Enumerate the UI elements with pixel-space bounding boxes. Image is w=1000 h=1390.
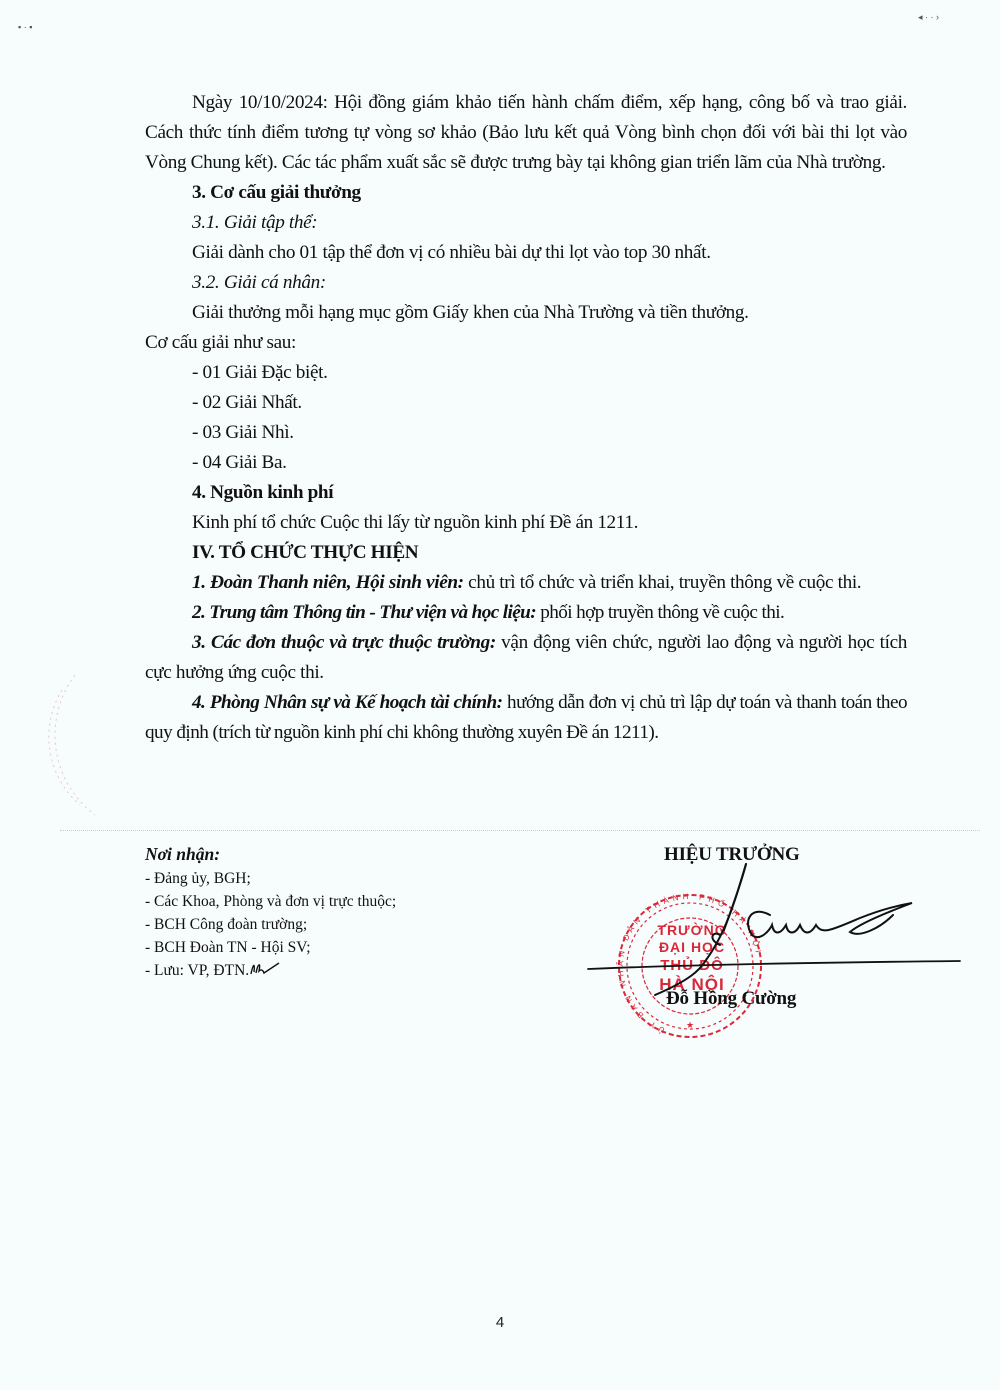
signer-name: Đỗ Hồng Cường <box>666 988 796 1010</box>
svg-text:THỦ ĐÔ: THỦ ĐÔ <box>660 956 724 974</box>
official-stamp-icon: ỦY BAN NHÂN DÂN THÀNH PHỐ HÀ NỘI TRƯỜNG … <box>616 892 763 1037</box>
subsection-3-1-heading: 3.1. Giải tập thể: <box>145 208 907 238</box>
scan-divider <box>60 830 980 831</box>
responsibility-item: 3. Các đơn thuộc và trực thuộc trường: v… <box>145 628 907 688</box>
responsibility-unit: 3. Các đơn thuộc và trực thuộc trường: <box>192 632 496 653</box>
svg-text:TRƯỜNG: TRƯỜNG <box>657 921 726 938</box>
section-4-text: Kinh phí tổ chức Cuộc thi lấy từ nguồn k… <box>145 508 907 538</box>
responsibility-item: 4. Phòng Nhân sự và Kế hoạch tài chính: … <box>145 688 907 748</box>
responsibility-task: phối hợp truyền thông về cuộc thi. <box>536 602 784 623</box>
faint-stamp-icon <box>49 675 95 815</box>
recipients-block: Nơi nhận: - Đảng ủy, BGH; - Các Khoa, Ph… <box>145 843 475 982</box>
initials-mark-icon <box>249 960 283 978</box>
responsibility-unit: 2. Trung tâm Thông tin - Thư viện và học… <box>192 602 536 623</box>
handwritten-signature-icon <box>588 864 960 995</box>
svg-text:★: ★ <box>686 1020 694 1030</box>
paragraph-ceremony: Ngày 10/10/2024: Hội đồng giám khảo tiến… <box>145 88 907 178</box>
prize-item: - 04 Giải Ba. <box>145 448 907 478</box>
prize-item: - 03 Giải Nhì. <box>145 418 907 448</box>
recipient-item: - Lưu: VP, ĐTN. <box>145 959 475 982</box>
responsibility-unit: 1. Đoàn Thanh niên, Hội sinh viên: <box>192 572 464 593</box>
responsibility-task: chủ trì tổ chức và triển khai, truyền th… <box>464 572 862 593</box>
responsibility-item: 2. Trung tâm Thông tin - Thư viện và học… <box>145 598 907 628</box>
part-4-heading: IV. TỔ CHỨC THỰC HIỆN <box>145 538 907 568</box>
prize-item: - 01 Giải Đặc biệt. <box>145 358 907 388</box>
scan-artifact: ▪ · ▪ <box>18 22 32 32</box>
subsection-3-2-text: Giải thưởng mỗi hạng mục gồm Giấy khen c… <box>145 298 907 328</box>
recipient-item: - BCH Công đoàn trường; <box>145 913 475 936</box>
recipient-item: - BCH Đoàn TN - Hội SV; <box>145 936 475 959</box>
recipients-title: Nơi nhận: <box>145 843 475 866</box>
section-4-heading: 4. Nguồn kinh phí <box>145 478 907 508</box>
subsection-3-1-text: Giải dành cho 01 tập thể đơn vị có nhiều… <box>145 238 907 268</box>
subsection-3-2-heading: 3.2. Giải cá nhân: <box>145 268 907 298</box>
scan-artifact: ◂ · · › <box>918 12 939 23</box>
svg-text:ỦY BAN NHÂN DÂN THÀNH PHỐ HÀ N: ỦY BAN NHÂN DÂN THÀNH PHỐ HÀ NỘI <box>616 892 763 1035</box>
signer-title: HIỆU TRƯỞNG <box>664 844 800 866</box>
page-number: 4 <box>0 1314 1000 1331</box>
recipient-item: - Đảng ủy, BGH; <box>145 867 475 890</box>
document-body: Ngày 10/10/2024: Hội đồng giám khảo tiến… <box>145 88 907 748</box>
prize-item: - 02 Giải Nhất. <box>145 388 907 418</box>
recipient-item: - Các Khoa, Phòng và đơn vị trực thuộc; <box>145 890 475 913</box>
responsibility-item: 1. Đoàn Thanh niên, Hội sinh viên: chủ t… <box>145 568 907 598</box>
svg-text:ĐẠI HỌC: ĐẠI HỌC <box>659 939 725 955</box>
responsibility-unit: 4. Phòng Nhân sự và Kế hoạch tài chính: <box>192 692 503 713</box>
prize-intro: Cơ cấu giải như sau: <box>145 328 907 358</box>
section-3-heading: 3. Cơ cấu giải thưởng <box>145 178 907 208</box>
